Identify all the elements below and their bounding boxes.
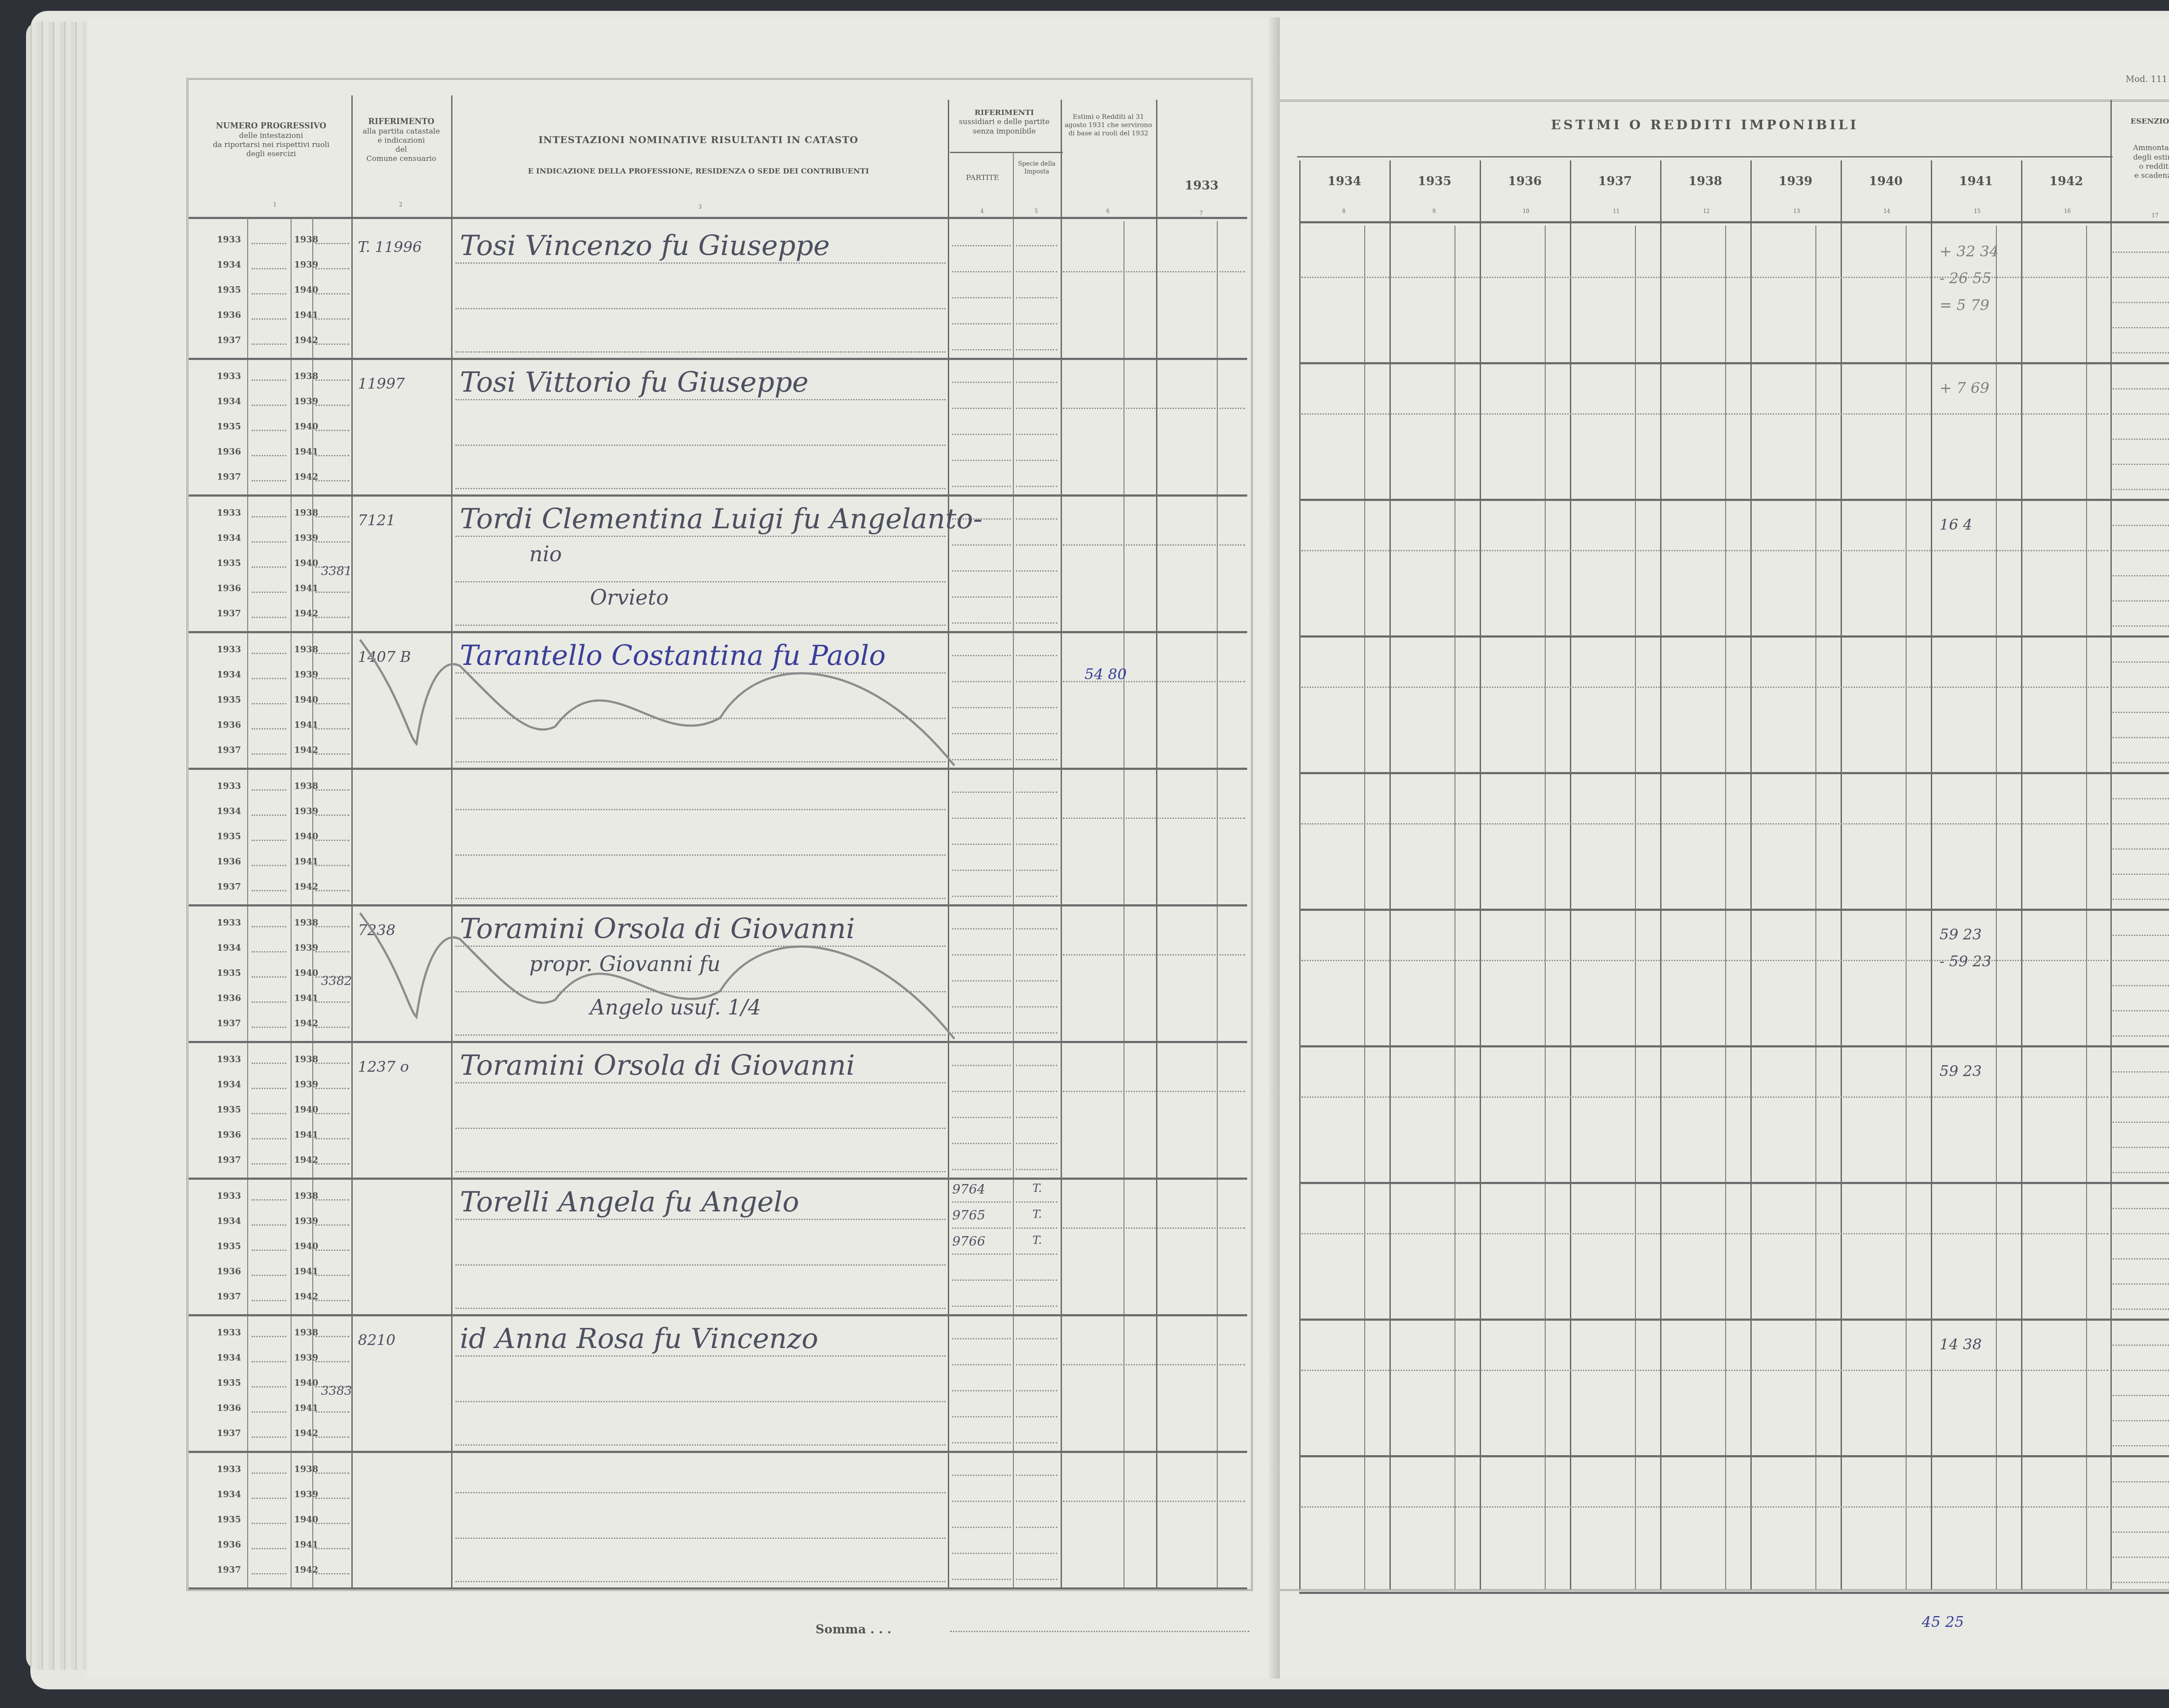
header-line: alla partita catastale bbox=[351, 127, 451, 136]
entry-divider bbox=[189, 1451, 1247, 1453]
partita-number: 9765 bbox=[952, 1208, 985, 1223]
dot-line bbox=[2113, 1172, 2169, 1173]
dot-line bbox=[2113, 1122, 2169, 1123]
dot-line bbox=[252, 1361, 286, 1362]
dot-line bbox=[2113, 1370, 2169, 1371]
year-left: 1934 bbox=[217, 1216, 241, 1226]
year-right: 1940 bbox=[294, 1378, 318, 1388]
entry-divider bbox=[1299, 1045, 2169, 1047]
dot-line bbox=[1301, 823, 2108, 825]
entry-name: Torelli Angela fu Angelo bbox=[460, 1186, 799, 1218]
year-right: 1942 bbox=[294, 471, 318, 482]
specie-imposta: T. bbox=[1032, 1234, 1042, 1247]
year-right: 1942 bbox=[294, 1428, 318, 1438]
name-line bbox=[455, 445, 946, 446]
dot-line bbox=[1016, 1390, 1057, 1391]
dot-line bbox=[1016, 1553, 1057, 1554]
col-line bbox=[291, 217, 292, 1590]
dot-line bbox=[1016, 1338, 1057, 1339]
dot-line bbox=[2113, 1147, 2169, 1148]
dot-line bbox=[315, 865, 349, 866]
dot-line bbox=[1016, 1306, 1057, 1307]
header-riferimento: RIFERIMENTO alla partita catastale e ind… bbox=[351, 117, 451, 164]
header-divider bbox=[189, 217, 1247, 219]
dot-line bbox=[1016, 1169, 1057, 1170]
dot-line bbox=[2113, 464, 2169, 465]
year-left: 1935 bbox=[217, 421, 241, 432]
header-riferimenti: RIFERIMENTI sussidiari e delle partite s… bbox=[950, 108, 1058, 136]
dot-line bbox=[315, 380, 349, 381]
year-right: 1938 bbox=[294, 1327, 318, 1338]
year-right: 1938 bbox=[294, 1054, 318, 1064]
header-line: senza imponibile bbox=[950, 127, 1058, 136]
dot-line bbox=[2113, 1035, 2169, 1037]
dot-line bbox=[1016, 1579, 1057, 1580]
entry-divider bbox=[189, 494, 1247, 497]
year-right: 1941 bbox=[294, 446, 318, 457]
column-number: 13 bbox=[1793, 208, 1800, 214]
year-header: 1937 bbox=[1570, 173, 1660, 189]
right-page: Mod. 111 - Imposte Dirette (Intercalare)… bbox=[1280, 17, 2169, 1679]
dot-line bbox=[315, 951, 349, 952]
year-right: 1942 bbox=[294, 1155, 318, 1165]
year-right: 1942 bbox=[294, 745, 318, 755]
year-right: 1941 bbox=[294, 310, 318, 320]
dot-line bbox=[252, 728, 286, 730]
dot-line bbox=[952, 792, 1011, 793]
dot-line bbox=[1301, 413, 2108, 415]
pencil-strikethrough bbox=[347, 631, 998, 770]
year-right: 1942 bbox=[294, 1564, 318, 1575]
dot-line bbox=[1016, 434, 1057, 435]
dot-line bbox=[952, 1527, 1011, 1528]
name-line bbox=[455, 536, 946, 537]
column-number: 10 bbox=[1523, 208, 1529, 214]
dot-line bbox=[1016, 844, 1057, 845]
dot-line bbox=[952, 1553, 1011, 1554]
year-header: 1941 bbox=[1931, 173, 2021, 189]
value-1941: 14 38 bbox=[1940, 1336, 1982, 1353]
dot-line bbox=[2113, 438, 2169, 440]
dot-line bbox=[252, 815, 286, 816]
dot-line bbox=[952, 382, 1011, 383]
year-right: 1940 bbox=[294, 1241, 318, 1251]
name-line bbox=[455, 1308, 946, 1309]
cents-line bbox=[1815, 226, 1816, 1590]
year-right: 1938 bbox=[294, 1464, 318, 1474]
dot-line bbox=[2113, 661, 2169, 663]
dot-line bbox=[1016, 792, 1057, 793]
name-line bbox=[455, 1492, 946, 1493]
dot-line bbox=[1016, 518, 1057, 520]
dot-line bbox=[952, 1475, 1011, 1476]
dot-line bbox=[315, 1088, 349, 1089]
dot-line bbox=[1016, 896, 1057, 897]
dot-line bbox=[952, 1253, 1011, 1255]
entry-divider bbox=[1299, 909, 2169, 911]
entry-divider bbox=[1299, 635, 2169, 638]
dot-line bbox=[252, 753, 286, 755]
dot-line bbox=[1016, 1091, 1057, 1092]
dot-line bbox=[2113, 899, 2169, 900]
year-left: 1933 bbox=[217, 917, 241, 928]
year-right: 1940 bbox=[294, 1104, 318, 1115]
dot-line bbox=[2113, 600, 2169, 602]
dot-line bbox=[252, 592, 286, 593]
dot-line bbox=[2113, 1010, 2169, 1011]
dot-line bbox=[1016, 1279, 1057, 1281]
year-right: 1942 bbox=[294, 1291, 318, 1302]
dot-line bbox=[1063, 408, 1245, 409]
year-left: 1937 bbox=[217, 1155, 241, 1165]
dot-line bbox=[315, 1163, 349, 1165]
form-code: Mod. 111 - Imposte Dirette (Intercalare)… bbox=[2126, 74, 2169, 84]
value-1941: - 59 23 bbox=[1940, 953, 1992, 970]
dot-line bbox=[1016, 870, 1057, 871]
dot-line bbox=[1016, 245, 1057, 246]
value-1941: 59 23 bbox=[1940, 926, 1982, 943]
year-right: 1938 bbox=[294, 507, 318, 518]
year-right: 1939 bbox=[294, 806, 318, 816]
dot-line bbox=[315, 653, 349, 654]
dot-line bbox=[952, 1306, 1011, 1307]
year-left: 1937 bbox=[217, 471, 241, 482]
year-left: 1936 bbox=[217, 446, 241, 457]
year-left: 1934 bbox=[217, 806, 241, 816]
dot-line bbox=[952, 896, 1011, 897]
column-number: 1 bbox=[273, 202, 277, 208]
year-left: 1935 bbox=[217, 831, 241, 841]
year-left: 1936 bbox=[217, 1403, 241, 1413]
year-header: 1934 bbox=[1299, 173, 1389, 189]
dot-line bbox=[315, 430, 349, 431]
dot-line bbox=[315, 405, 349, 406]
dot-line bbox=[2113, 327, 2169, 328]
specie-imposta: T. bbox=[1032, 1208, 1042, 1221]
header-line: del bbox=[351, 145, 451, 154]
column-number: 5 bbox=[1035, 208, 1038, 214]
dot-line bbox=[2113, 960, 2169, 961]
name-line bbox=[455, 1082, 946, 1083]
value-1941: + 32 34 bbox=[1940, 243, 1999, 260]
dot-line bbox=[2113, 1071, 2169, 1073]
dot-line bbox=[252, 1163, 286, 1165]
dot-line bbox=[1016, 1527, 1057, 1528]
header-estimi-redditi: ESTIMI O REDDITI IMPONIBILI bbox=[1297, 117, 2113, 134]
entry-divider bbox=[1299, 1182, 2169, 1184]
dot-line bbox=[2113, 1309, 2169, 1310]
dot-line bbox=[952, 870, 1011, 871]
entry-divider bbox=[1299, 772, 2169, 774]
year-right: 1940 bbox=[294, 1514, 318, 1525]
dot-line bbox=[252, 268, 286, 269]
dot-line bbox=[952, 245, 1011, 246]
year-right: 1938 bbox=[294, 917, 318, 928]
dot-line bbox=[315, 840, 349, 841]
year-left: 1935 bbox=[217, 1104, 241, 1115]
header-estimi-1931: Estimi o Redditi al 31 agosto 1931 che s… bbox=[1063, 113, 1154, 137]
year-right: 1939 bbox=[294, 533, 318, 543]
name-line bbox=[455, 399, 946, 400]
year-left: 1933 bbox=[217, 371, 241, 381]
dot-line bbox=[2113, 1283, 2169, 1285]
dot-line bbox=[252, 890, 286, 891]
dot-line bbox=[1016, 596, 1057, 598]
dot-line bbox=[315, 890, 349, 891]
cents-line bbox=[1906, 226, 1907, 1590]
year-right: 1939 bbox=[294, 669, 318, 680]
dot-line bbox=[252, 1411, 286, 1413]
year-left: 1934 bbox=[217, 533, 241, 543]
dot-line bbox=[252, 1336, 286, 1337]
name-line bbox=[455, 1581, 946, 1582]
dot-line bbox=[252, 1548, 286, 1549]
dot-line bbox=[1016, 1143, 1057, 1144]
dot-line bbox=[2113, 935, 2169, 936]
dot-line bbox=[1301, 1370, 2108, 1371]
header-line: degli estimi bbox=[2115, 153, 2169, 162]
entry-ref: 8210 bbox=[358, 1332, 396, 1349]
dot-line bbox=[315, 1027, 349, 1028]
dot-line bbox=[2113, 1557, 2169, 1558]
dot-line bbox=[252, 541, 286, 543]
dot-line bbox=[315, 1138, 349, 1139]
dot-line bbox=[252, 1224, 286, 1226]
dot-line bbox=[952, 271, 1011, 272]
year-left: 1936 bbox=[217, 310, 241, 320]
year-right: 1942 bbox=[294, 608, 318, 618]
dot-line bbox=[315, 1548, 349, 1549]
header-intestazioni: INTESTAZIONI NOMINATIVE RISULTANTI IN CA… bbox=[455, 134, 941, 147]
value-1941: + 7 69 bbox=[1940, 380, 1989, 397]
dot-line bbox=[952, 1201, 1011, 1203]
dot-line bbox=[2113, 625, 2169, 627]
header-divider bbox=[1299, 221, 2169, 223]
col-line bbox=[351, 95, 353, 1590]
dot-line bbox=[952, 349, 1011, 350]
cents-line bbox=[1364, 226, 1365, 1590]
name-line bbox=[455, 488, 946, 489]
dot-line bbox=[315, 1199, 349, 1201]
dot-line bbox=[315, 293, 349, 294]
year-right: 1938 bbox=[294, 234, 318, 245]
dot-line bbox=[252, 566, 286, 568]
year-left: 1933 bbox=[217, 644, 241, 654]
entry-ref: 7121 bbox=[358, 512, 396, 529]
entry-ref: T. 11996 bbox=[358, 239, 422, 256]
dot-line bbox=[252, 617, 286, 618]
year-header: 1935 bbox=[1389, 173, 1480, 189]
column-number: 6 bbox=[1106, 208, 1110, 214]
header-line: e indicazioni bbox=[351, 136, 451, 145]
dot-line bbox=[2113, 550, 2169, 551]
dot-line bbox=[1016, 1227, 1057, 1229]
year-left: 1936 bbox=[217, 993, 241, 1003]
year-left: 1936 bbox=[217, 1266, 241, 1276]
dot-line bbox=[1016, 460, 1057, 461]
name-line bbox=[455, 625, 946, 626]
dot-line bbox=[952, 1364, 1011, 1365]
dot-line bbox=[2113, 1506, 2169, 1508]
col-line bbox=[1480, 160, 1481, 1590]
entry-divider bbox=[1299, 1319, 2169, 1321]
header-line: degli esercizi bbox=[191, 150, 351, 159]
dot-line bbox=[1063, 1364, 1245, 1365]
year-left: 1937 bbox=[217, 335, 241, 345]
year-right: 1939 bbox=[294, 396, 318, 406]
name-line bbox=[455, 1128, 946, 1129]
entry-divider bbox=[1299, 1592, 2169, 1594]
year-left: 1936 bbox=[217, 1539, 241, 1550]
entry-divider bbox=[189, 1314, 1247, 1316]
year-left: 1937 bbox=[217, 881, 241, 892]
header-title: RIFERIMENTI bbox=[950, 108, 1058, 118]
right-table-frame bbox=[1280, 100, 2169, 1591]
entry-divider bbox=[1299, 362, 2169, 364]
dot-line bbox=[1016, 707, 1057, 708]
col-line bbox=[1931, 160, 1932, 1590]
dot-line bbox=[2113, 1233, 2169, 1234]
header-line: e scadenze bbox=[2115, 171, 2169, 180]
cents-line bbox=[1635, 226, 1636, 1590]
dot-line bbox=[952, 1169, 1011, 1170]
dot-line bbox=[315, 753, 349, 755]
column-number: 4 bbox=[980, 208, 984, 214]
column-number: 3 bbox=[698, 204, 702, 210]
dot-line bbox=[2113, 737, 2169, 738]
dot-line bbox=[252, 1113, 286, 1114]
dot-line bbox=[315, 1361, 349, 1362]
dot-line bbox=[1016, 382, 1057, 383]
dot-line bbox=[315, 617, 349, 618]
header-title: NUMERO PROGRESSIVO bbox=[191, 121, 351, 131]
name-line bbox=[455, 1538, 946, 1539]
col-line bbox=[451, 95, 452, 1590]
col-line bbox=[1841, 160, 1842, 1590]
col-line bbox=[2110, 100, 2112, 1590]
dot-line bbox=[252, 789, 286, 791]
year-header: 1940 bbox=[1841, 173, 1931, 189]
entry-name: Tosi Vincenzo fu Giuseppe bbox=[460, 230, 830, 262]
dot-line bbox=[1063, 818, 1245, 819]
year-right: 1938 bbox=[294, 371, 318, 381]
dot-line bbox=[2113, 687, 2169, 688]
value-1941: = 5 79 bbox=[1940, 297, 1989, 314]
dot-line bbox=[952, 460, 1011, 461]
dot-line bbox=[2113, 1345, 2169, 1346]
year-right: 1939 bbox=[294, 1216, 318, 1226]
year-right: 1941 bbox=[294, 1539, 318, 1550]
dot-line bbox=[252, 1199, 286, 1201]
name-line bbox=[455, 1355, 946, 1357]
dot-line bbox=[952, 570, 1011, 572]
dot-line bbox=[1016, 655, 1057, 656]
year-left: 1934 bbox=[217, 396, 241, 406]
dot-line bbox=[1063, 1501, 1245, 1502]
header-subdivider bbox=[1297, 156, 2113, 157]
dot-line bbox=[2113, 762, 2169, 763]
dot-line bbox=[1016, 622, 1057, 624]
dot-line bbox=[252, 1523, 286, 1524]
dot-line bbox=[1016, 980, 1057, 982]
dot-line bbox=[1016, 759, 1057, 760]
dot-line bbox=[2113, 302, 2169, 303]
dot-line bbox=[1016, 486, 1057, 487]
header-line: Comune censuario bbox=[351, 154, 451, 164]
dot-line bbox=[1016, 1364, 1057, 1365]
dot-line bbox=[315, 1472, 349, 1474]
dot-line bbox=[952, 1279, 1011, 1281]
year-right: 1941 bbox=[294, 720, 318, 730]
dot-line bbox=[2113, 823, 2169, 825]
dot-line bbox=[1016, 1117, 1057, 1118]
year-left: 1933 bbox=[217, 1191, 241, 1201]
year-right: 1938 bbox=[294, 644, 318, 654]
dot-line bbox=[2113, 575, 2169, 576]
column-number: 17 bbox=[2152, 213, 2158, 219]
dot-line bbox=[315, 1336, 349, 1337]
year-left: 1935 bbox=[217, 1378, 241, 1388]
dot-line bbox=[252, 1138, 286, 1139]
dot-line bbox=[252, 1573, 286, 1574]
year-right: 1940 bbox=[294, 285, 318, 295]
header-intestazioni-subtitle: E INDICAZIONE DELLA PROFESSIONE, RESIDEN… bbox=[455, 167, 941, 176]
dot-line bbox=[952, 1091, 1011, 1092]
year-right: 1939 bbox=[294, 942, 318, 953]
header-line: Ammontare bbox=[2115, 144, 2169, 153]
dot-line bbox=[252, 703, 286, 704]
name-line bbox=[455, 1401, 946, 1402]
value-1941: - 26 55 bbox=[1940, 270, 1992, 287]
entry-side-number: 3381 bbox=[321, 564, 352, 578]
dot-line bbox=[1016, 818, 1057, 819]
dot-line bbox=[315, 1573, 349, 1574]
dot-line bbox=[952, 434, 1011, 435]
column-number: 8 bbox=[1342, 208, 1346, 214]
partita-number: 9766 bbox=[952, 1234, 985, 1249]
cents-line bbox=[2086, 226, 2087, 1590]
dot-line bbox=[1016, 349, 1057, 350]
entry-name: Tosi Vittorio fu Giuseppe bbox=[460, 366, 809, 399]
header-line: sussidiari e delle partite bbox=[950, 118, 1058, 127]
dot-line bbox=[315, 243, 349, 244]
year-left: 1933 bbox=[217, 1327, 241, 1338]
dot-line bbox=[315, 455, 349, 456]
dot-line bbox=[2113, 1531, 2169, 1533]
year-left: 1936 bbox=[217, 1129, 241, 1140]
dot-line bbox=[2113, 874, 2169, 875]
year-left: 1933 bbox=[217, 1054, 241, 1064]
dot-line bbox=[2113, 1258, 2169, 1260]
dot-line bbox=[1016, 323, 1057, 324]
entry-divider bbox=[189, 1178, 1247, 1180]
col-line bbox=[1750, 160, 1752, 1590]
dot-line bbox=[1016, 271, 1057, 272]
dot-line bbox=[252, 318, 286, 320]
header-numero-progressivo: NUMERO PROGRESSIVO delle intestazioni da… bbox=[191, 121, 351, 159]
dot-line bbox=[952, 1579, 1011, 1580]
dot-line bbox=[2113, 1420, 2169, 1421]
dot-line bbox=[2113, 1445, 2169, 1446]
dot-line bbox=[315, 1300, 349, 1301]
dot-line bbox=[252, 380, 286, 381]
entry-divider bbox=[1299, 499, 2169, 501]
dot-line bbox=[1301, 687, 2108, 688]
year-left: 1935 bbox=[217, 558, 241, 568]
left-page: NUMERO PROGRESSIVO delle intestazioni da… bbox=[87, 17, 1280, 1679]
dot-line bbox=[315, 516, 349, 517]
dot-line bbox=[952, 323, 1011, 324]
